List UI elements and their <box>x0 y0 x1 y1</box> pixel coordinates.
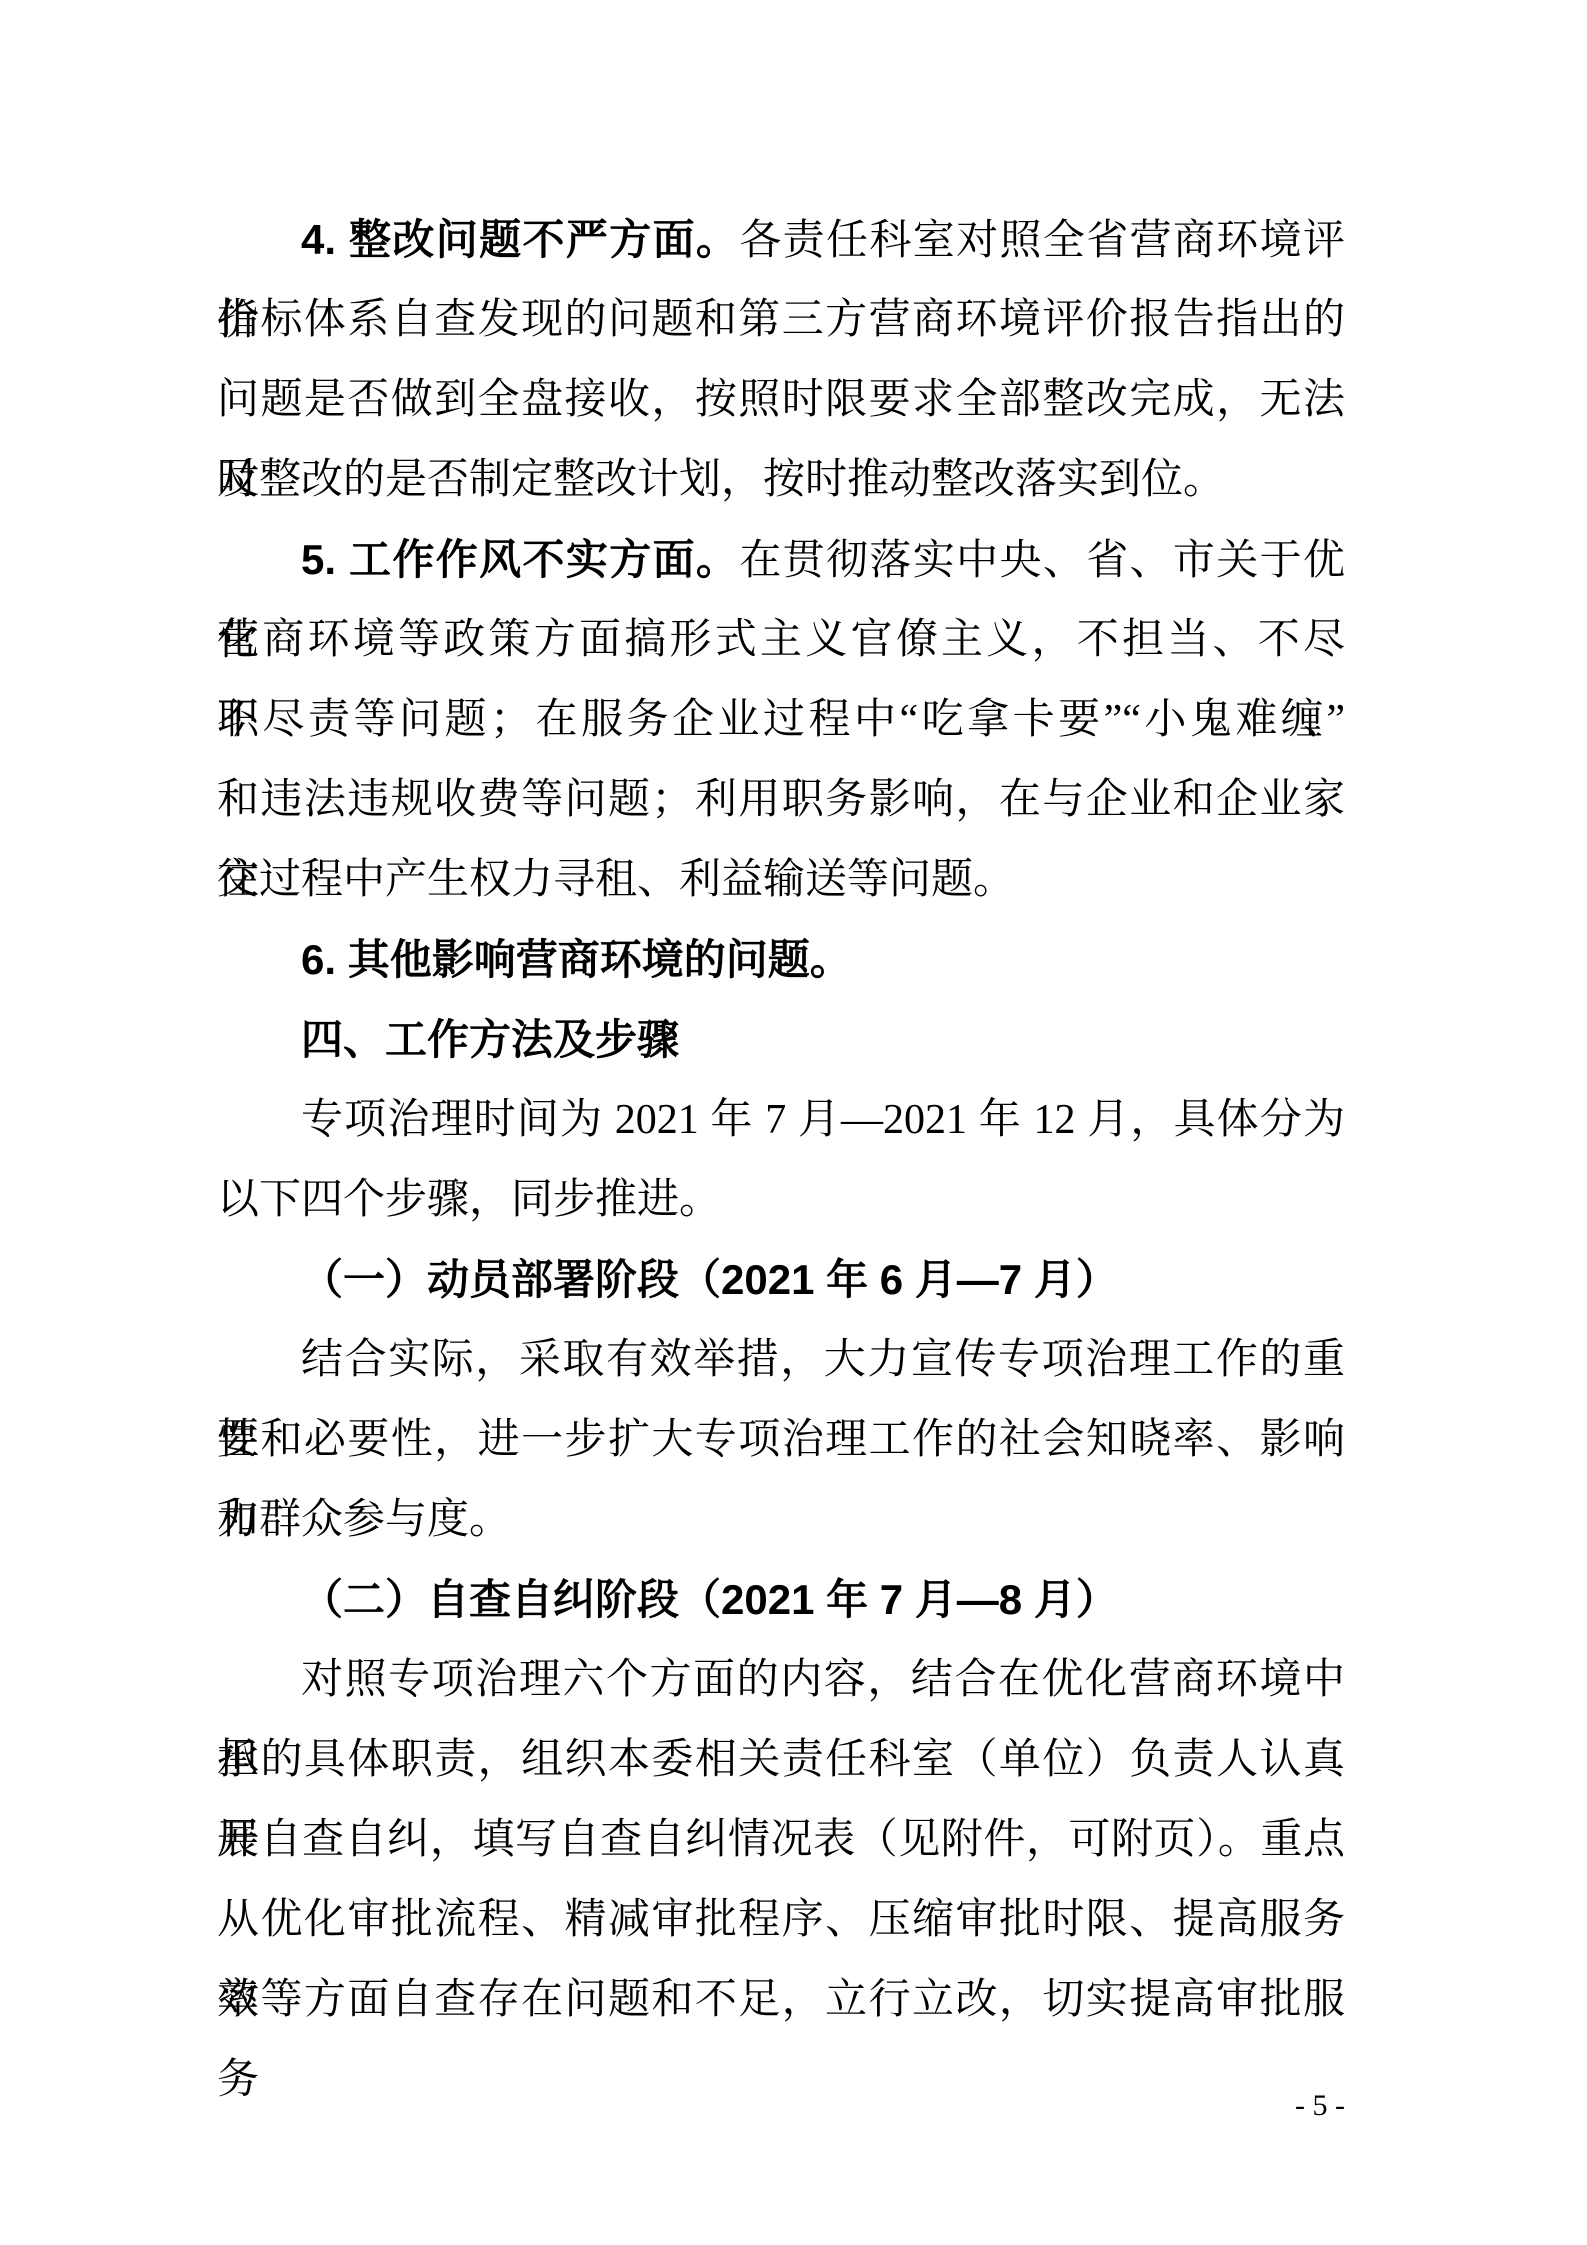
body-run: 指标体系自查发现的问题和第三方营商环境评价报告指出的 <box>217 297 1345 343</box>
text-line: 从优化审批流程、精减审批程序、压缩审批时限、提高服务效 <box>217 1880 1345 1960</box>
text-line: 问题是否做到全盘接收，按照时限要求全部整改完成，无法及 <box>217 360 1345 440</box>
text-line: 展自查自纠，填写自查自纠情况表（见附件，可附页）。重点 <box>217 1800 1345 1880</box>
body-run: 时整改的是否制定整改计划，按时推动整改落实到位。 <box>217 457 1225 503</box>
text-line: 5. 工作作风不实方面。在贯彻落实中央、省、市关于优化 <box>217 520 1345 600</box>
heading-run: 四、工作方法及步骤 <box>301 1016 679 1063</box>
heading-run: 6. 其他影响营商环境的问题。 <box>301 936 852 983</box>
subsection-heading: （二）自查自纠阶段（2021 年 7 月—8 月） <box>217 1560 1345 1640</box>
text-line: 指标体系自查发现的问题和第三方营商环境评价报告指出的 <box>217 280 1345 360</box>
text-line: 以下四个步骤，同步推进。 <box>217 1160 1345 1240</box>
text-line: 率等方面自查存在问题和不足，立行立改，切实提高审批服务 <box>217 1960 1345 2040</box>
body-run: 不尽责等问题；在服务企业过程中“吃拿卡要”“小鬼难缠” <box>217 697 1345 743</box>
heading-run: 4. 整改问题不严方面。 <box>301 216 739 263</box>
text-line: 6. 其他影响营商环境的问题。 <box>217 920 1345 1000</box>
text-line: 不尽责等问题；在服务企业过程中“吃拿卡要”“小鬼难缠” <box>217 680 1345 760</box>
body-run: 展自查自纠，填写自查自纠情况表（见附件，可附页）。重点 <box>217 1817 1345 1863</box>
text-line: 往过程中产生权力寻租、利益输送等问题。 <box>217 840 1345 920</box>
heading-run: （一）动员部署阶段（2021 年 6 月—7 月） <box>301 1256 1118 1303</box>
body-run: 以下四个步骤，同步推进。 <box>217 1177 721 1223</box>
page-number: - 5 - <box>217 2086 1345 2126</box>
subsection-heading: （一）动员部署阶段（2021 年 6 月—7 月） <box>217 1240 1345 1320</box>
text-line: 和违法违规收费等问题；利用职务影响，在与企业和企业家交 <box>217 760 1345 840</box>
section-heading: 四、工作方法及步骤 <box>217 1000 1345 1080</box>
body-run: 专项治理时间为 2021 年 7 月—2021 年 12 月，具体分为 <box>301 1097 1345 1143</box>
text-line: 性和必要性，进一步扩大专项治理工作的社会知晓率、影响力 <box>217 1400 1345 1480</box>
body-run: 率等方面自查存在问题和不足，立行立改，切实提高审批服务 <box>217 1977 1345 2103</box>
text-line: 4. 整改问题不严方面。各责任科室对照全省营商环境评价 <box>217 200 1345 280</box>
text-line: 和群众参与度。 <box>217 1480 1345 1560</box>
heading-run: （二）自查自纠阶段（2021 年 7 月—8 月） <box>301 1576 1118 1623</box>
text-line: 担的具体职责，组织本委相关责任科室（单位）负责人认真开 <box>217 1720 1345 1800</box>
body-run: 往过程中产生权力寻租、利益输送等问题。 <box>217 857 1015 903</box>
document-page: 4. 整改问题不严方面。各责任科室对照全省营商环境评价 指标体系自查发现的问题和… <box>0 0 1587 2245</box>
text-content: 4. 整改问题不严方面。各责任科室对照全省营商环境评价 指标体系自查发现的问题和… <box>217 200 1345 2126</box>
text-line: 营商环境等政策方面搞形式主义官僚主义，不担当、不尽职、 <box>217 600 1345 680</box>
heading-run: 5. 工作作风不实方面。 <box>301 536 739 583</box>
text-line: 时整改的是否制定整改计划，按时推动整改落实到位。 <box>217 440 1345 520</box>
text-line: 专项治理时间为 2021 年 7 月—2021 年 12 月，具体分为 <box>217 1080 1345 1160</box>
text-line: 对照专项治理六个方面的内容，结合在优化营商环境中承 <box>217 1640 1345 1720</box>
text-line: 结合实际，采取有效举措，大力宣传专项治理工作的重要 <box>217 1320 1345 1400</box>
body-run: 和群众参与度。 <box>217 1497 511 1543</box>
